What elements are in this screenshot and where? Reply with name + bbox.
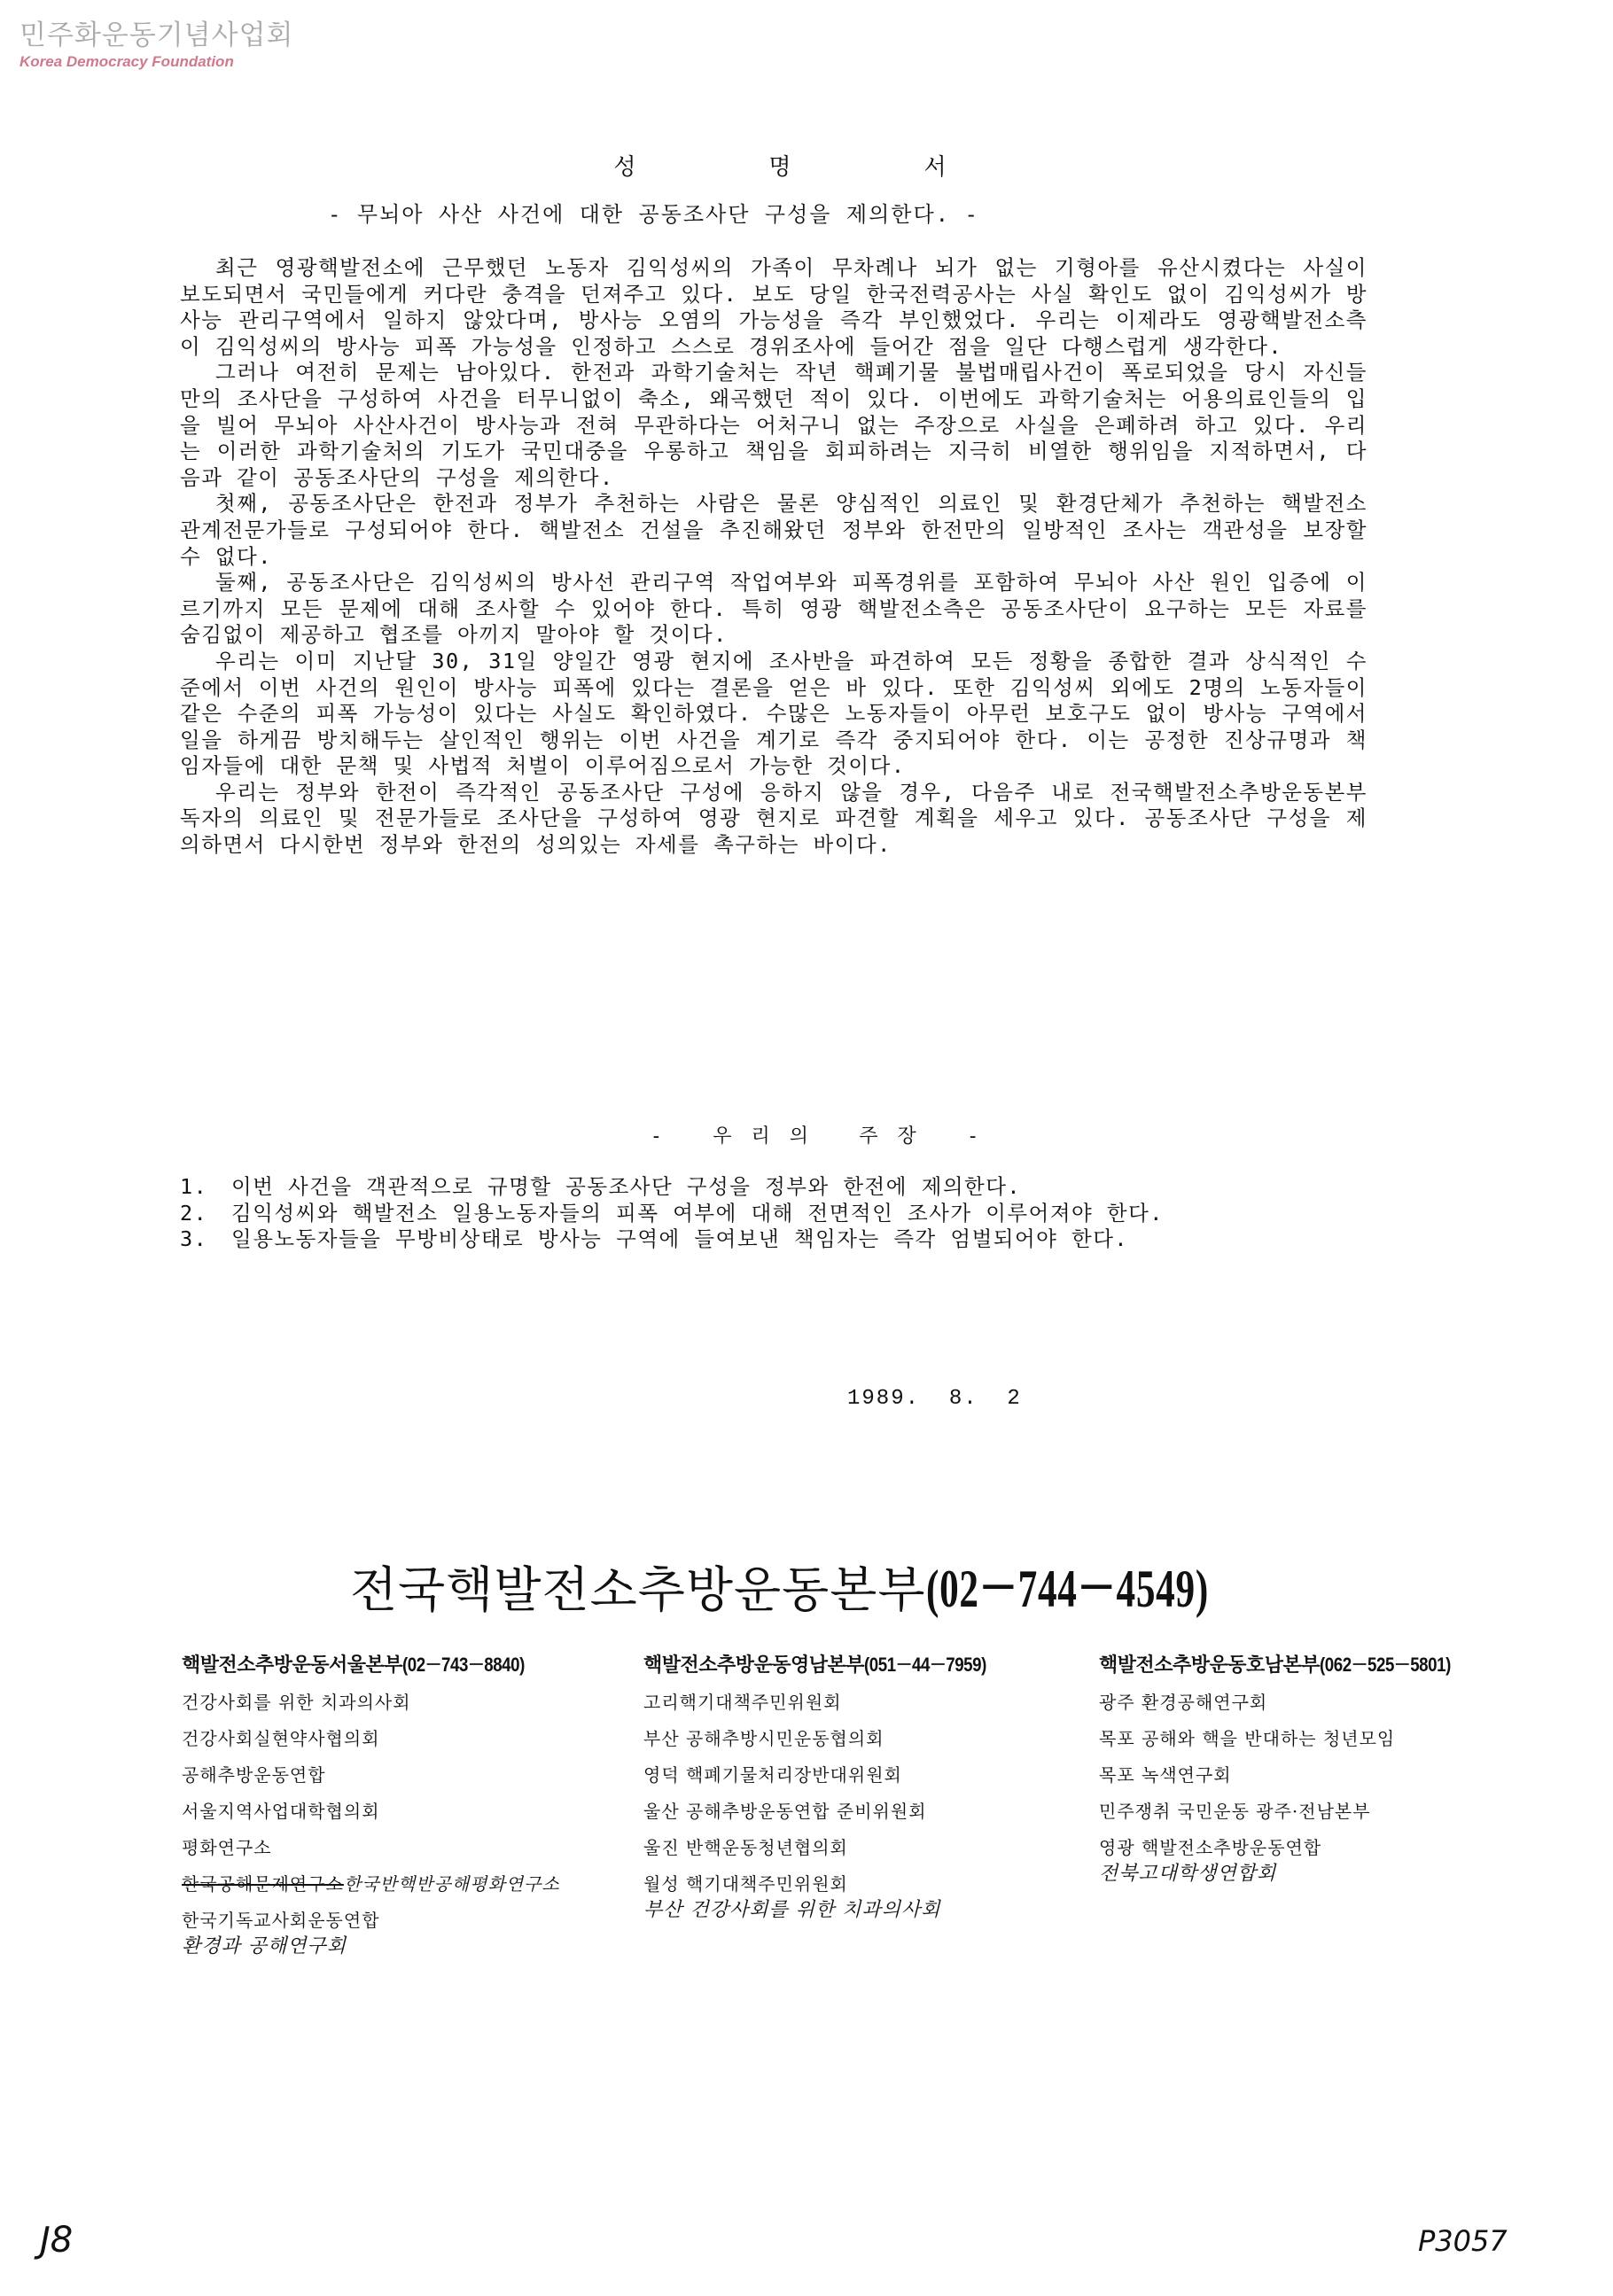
paragraph: 우리는 이미 지난달 30, 31일 양일간 영광 현지에 조사반을 파견하여 … xyxy=(180,649,1368,780)
member-org: 공해추방운동연합 xyxy=(182,1763,560,1786)
column-heading: 핵발전소추방운동호남본부(062－525－5801) xyxy=(1099,1650,1474,1677)
claim-number: 2. xyxy=(180,1201,231,1227)
member-org: 울진 반핵운동청년협의회 xyxy=(643,1836,1008,1859)
member-org: 부산 공해추방시민운동협의회 xyxy=(643,1727,1008,1750)
claim-text: 이번 사건을 객관적으로 규명할 공동조사단 구성을 정부와 한전에 제의한다. xyxy=(231,1174,1368,1201)
paragraph: 최근 영광핵발전소에 근무했던 노동자 김익성씨의 가족이 무차례나 뇌가 없는… xyxy=(180,255,1368,360)
claim-item: 2. 김익성씨와 핵발전소 일용노동자들의 피폭 여부에 대해 전면적인 조사가… xyxy=(180,1201,1368,1227)
claim-number: 3. xyxy=(180,1226,231,1253)
document-date: 1989. 8. 2 xyxy=(847,1387,1022,1411)
claim-item: 3. 일용노동자들을 무방비상태로 방사능 구역에 들여보낸 책임자는 즉각 엄… xyxy=(180,1226,1368,1253)
paragraph: 첫째, 공동조사단은 한전과 정부가 추천하는 사람은 물론 양심적인 의료인 … xyxy=(180,491,1368,570)
member-org: 월성 핵기대책주민위원회 xyxy=(643,1872,1008,1895)
member-org: 목포 녹색연구회 xyxy=(1099,1763,1474,1786)
archive-mark-right: P3057 xyxy=(1418,2224,1508,2258)
column-heading-phone: (02－743－8840) xyxy=(402,1650,525,1677)
member-column-honam: 핵발전소추방운동호남본부(062－525－5801) 광주 환경공해연구회 목포… xyxy=(1099,1650,1474,1886)
paragraph: 그러나 여전히 문제는 남아있다. 한전과 과학기술처는 작년 핵폐기물 불법매… xyxy=(180,360,1368,491)
member-org-handwritten: 전북고대학생연합회 xyxy=(1099,1863,1474,1886)
claim-text: 일용노동자들을 무방비상태로 방사능 구역에 들여보낸 책임자는 즉각 엄벌되어… xyxy=(231,1226,1368,1253)
member-org: 울산 공해추방운동연합 준비위원회 xyxy=(643,1800,1008,1823)
member-org: 목포 공해와 핵을 반대하는 청년모임 xyxy=(1099,1727,1474,1750)
member-org: 고리핵기대책주민위원회 xyxy=(643,1691,1008,1714)
member-org: 건강사회를 위한 치과의사회 xyxy=(182,1691,560,1714)
claims-list: 1. 이번 사건을 객관적으로 규명할 공동조사단 구성을 정부와 한전에 제의… xyxy=(180,1174,1368,1253)
member-org: 건강사회실현약사협의회 xyxy=(182,1727,560,1750)
member-org-corrected: 한국공해문제연구소한국반핵반공해평화연구소 xyxy=(182,1872,560,1895)
column-heading: 핵발전소추방운동서울본부(02－743－8840) xyxy=(182,1650,560,1677)
member-org: 영덕 핵폐기물처리장반대위원회 xyxy=(643,1763,1008,1786)
struck-text: 한국공해문제연구소 xyxy=(182,1873,344,1895)
column-heading-name: 핵발전소추방운동서울본부 xyxy=(182,1654,402,1676)
member-org-handwritten: 환경과 공해연구회 xyxy=(182,1935,560,1958)
column-heading-name: 핵발전소추방운동호남본부 xyxy=(1099,1654,1320,1676)
member-org: 영광 핵발전소추방운동연합 xyxy=(1099,1836,1474,1859)
signature-org-phone: (02－744－4549) xyxy=(926,1546,1209,1623)
claims-heading: - 우리의 주장 - xyxy=(0,1121,1613,1148)
statement-body: 최근 영광핵발전소에 근무했던 노동자 김익성씨의 가족이 무차례나 뇌가 없는… xyxy=(180,255,1368,859)
archive-mark-left: J8 xyxy=(40,2220,73,2261)
watermark-org-korean: 민주화운동기념사업회 xyxy=(19,18,293,53)
document-title: 성명서 xyxy=(0,149,1613,182)
claim-number: 1. xyxy=(180,1174,231,1201)
handwritten-correction: 한국반핵반공해평화연구소 xyxy=(344,1873,560,1895)
claim-item: 1. 이번 사건을 객관적으로 규명할 공동조사단 구성을 정부와 한전에 제의… xyxy=(180,1174,1368,1201)
member-org-handwritten: 부산 건강사회를 위한 치과의사회 xyxy=(643,1899,1008,1922)
member-column-yeongnam: 핵발전소추방운동영남본부(051－44－7959) 고리핵기대책주민위원회 부산… xyxy=(643,1650,1008,1922)
column-heading-phone: (062－525－5801) xyxy=(1320,1650,1451,1677)
column-heading: 핵발전소추방운동영남본부(051－44－7959) xyxy=(643,1650,1008,1677)
paragraph: 둘째, 공동조사단은 김익성씨의 방사선 관리구역 작업여부와 피폭경위를 포함… xyxy=(180,570,1368,649)
member-org: 광주 환경공해연구회 xyxy=(1099,1691,1474,1714)
member-org: 민주쟁취 국민운동 광주·전남본부 xyxy=(1099,1800,1474,1823)
watermark-org-english: Korea Democracy Foundation xyxy=(19,53,293,71)
signature-org: 전국핵발전소추방운동본부(02－744－4549) xyxy=(350,1546,1319,1623)
paragraph: 우리는 정부와 한전이 즉각적인 공동조사단 구성에 응하지 않을 경우, 다음… xyxy=(180,780,1368,859)
claim-text: 김익성씨와 핵발전소 일용노동자들의 피폭 여부에 대해 전면적인 조사가 이루… xyxy=(231,1201,1368,1227)
column-heading-phone: (051－44－7959) xyxy=(864,1650,986,1677)
watermark-logo: 민주화운동기념사업회 Korea Democracy Foundation xyxy=(19,18,293,71)
signature-org-name: 전국핵발전소추방운동본부 xyxy=(350,1561,926,1618)
document-subtitle: - 무뇌아 사산 사건에 대한 공동조사단 구성을 제의한다. - xyxy=(328,197,979,228)
member-column-seoul: 핵발전소추방운동서울본부(02－743－8840) 건강사회를 위한 치과의사회… xyxy=(182,1650,560,1958)
member-org: 한국기독교사회운동연합 xyxy=(182,1909,560,1932)
member-org: 평화연구소 xyxy=(182,1836,560,1859)
column-heading-name: 핵발전소추방운동영남본부 xyxy=(643,1654,864,1676)
member-org: 서울지역사업대학협의회 xyxy=(182,1800,560,1823)
